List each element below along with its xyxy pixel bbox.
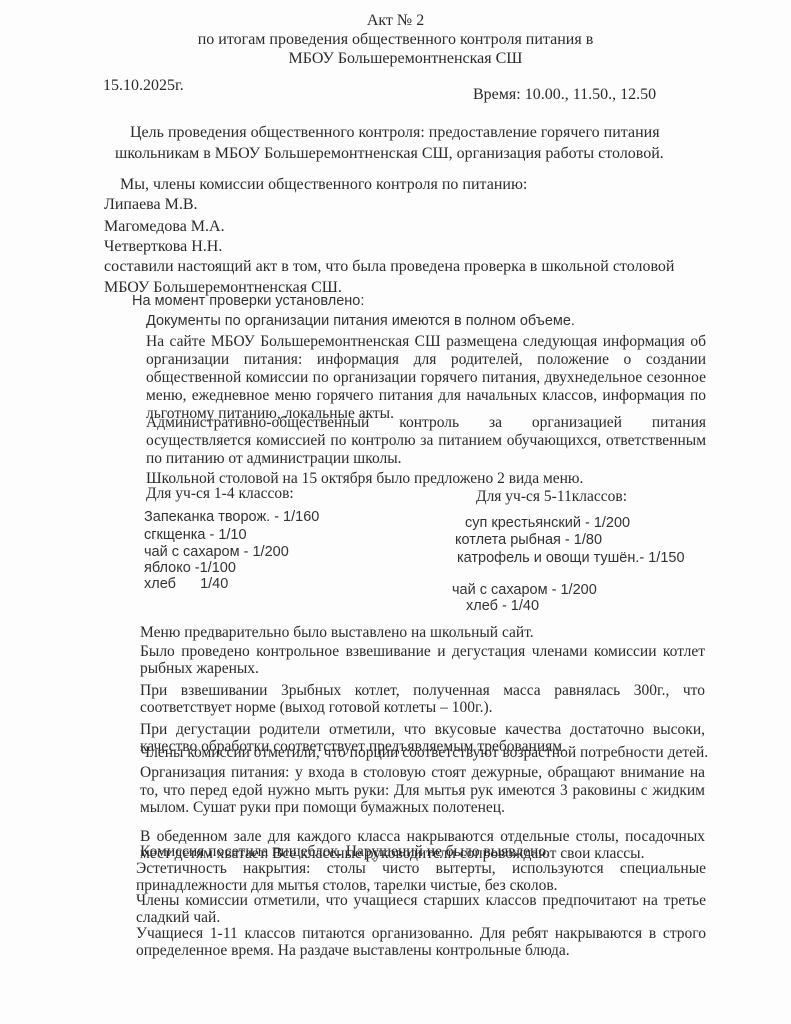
findings-control: Административно-общественный контроль за… xyxy=(146,414,706,468)
observation: Эстетичность накрытия: столы чисто вытер… xyxy=(136,860,706,894)
act-date: 15.10.2025г. xyxy=(103,77,184,95)
findings-documents: Документы по организации питания имеются… xyxy=(146,313,575,330)
menu-senior-item: чай с сахаром - 1/200 xyxy=(452,582,597,599)
act-subtitle-line2: МБОУ Большеремонтненская СШ xyxy=(10,50,791,68)
menu-junior-item: чай с сахаром - 1/200 xyxy=(144,544,289,561)
observation: Организация питания: у входа в столовую … xyxy=(140,764,705,817)
menu-junior-item: яблоко -1/100 xyxy=(144,560,236,577)
act-subtitle-line1: по итогам проведения общественного контр… xyxy=(0,31,791,49)
menu-senior-heading: Для уч-ся 5-11классов: xyxy=(476,488,627,505)
findings-heading: На момент проверки установлено: xyxy=(132,293,364,310)
commission-intro: Мы, члены комиссии общественного контрол… xyxy=(120,176,527,194)
menu-junior-item: сгкщенка - 1/10 xyxy=(144,527,247,544)
menu-junior-item: хлеб 1/40 xyxy=(144,576,228,593)
observation: Члены комиссии отметили, что порции соот… xyxy=(140,744,708,761)
purpose-line1: Цель проведения общественного контроля: … xyxy=(130,124,660,142)
commission-member: Магомедова М.А. xyxy=(104,218,225,236)
menu-junior-heading: Для уч-ся 1-4 классов: xyxy=(146,485,294,502)
observation: Учащиеся 1-11 классов питаются организов… xyxy=(136,925,706,959)
commission-member: Четверткова Н.Н. xyxy=(104,238,222,256)
act-time: Время: 10.00., 11.50., 12.50 xyxy=(473,86,656,104)
commission-statement-line1: составили настоящий акт в том, что была … xyxy=(104,258,675,276)
observation: Члены комиссии отметили, что учащиеся ст… xyxy=(136,892,706,926)
menu-senior-item: хлеб - 1/40 xyxy=(466,598,539,615)
menu-junior-item: Запеканка творож. - 1/160 xyxy=(144,509,319,526)
findings-website: На сайте МБОУ Большеремонтненская СШ раз… xyxy=(146,333,706,423)
observation: Меню предварительно было выставлено на ш… xyxy=(140,624,534,641)
menu-senior-item: катрофель и овощи тушён.- 1/150 xyxy=(457,550,685,567)
purpose-line2: школьникам в МБОУ Большеремонтненская СШ… xyxy=(115,145,664,163)
menu-senior-item: суп крестьянский - 1/200 xyxy=(465,515,630,532)
menu-senior-item: котлета рыбная - 1/80 xyxy=(455,532,602,549)
commission-member: Липаева М.В. xyxy=(104,196,198,214)
observation: При взвешивании 3рыбных котлет, полученн… xyxy=(140,682,705,716)
observation: Комиссия посетила пищеблок. Нарушений не… xyxy=(140,843,550,860)
act-title: Акт № 2 xyxy=(0,12,791,30)
observation: Было проведено контрольное взвешивание и… xyxy=(140,643,705,677)
